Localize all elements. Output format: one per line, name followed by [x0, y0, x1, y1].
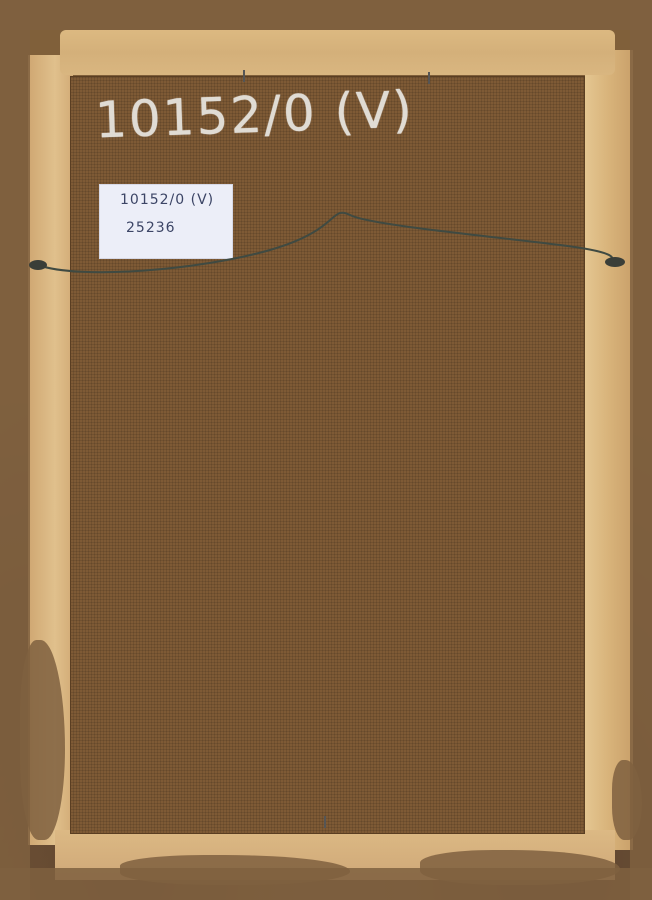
wire-anchor-left — [29, 260, 47, 270]
frame-back-photo: 10152/0 (V) 10152/0 (V) 25236 — [0, 0, 652, 900]
wire-anchor-right — [605, 257, 625, 267]
hanging-wire — [0, 0, 652, 900]
